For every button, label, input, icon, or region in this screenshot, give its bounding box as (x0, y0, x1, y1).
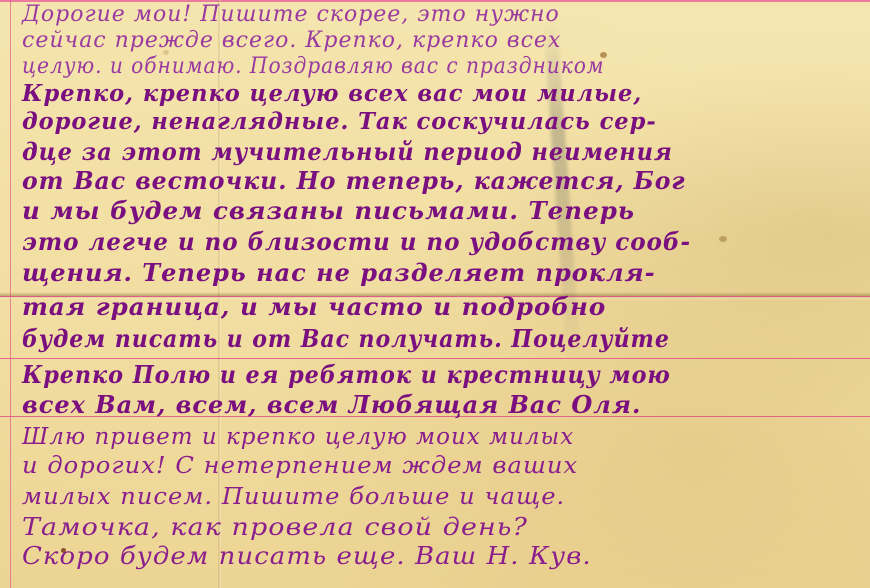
letter-line-11: тая граница, и мы часто и подробно (22, 292, 606, 321)
letter-line-3: целую. и обнимаю. Поздравляю вас с празд… (22, 54, 605, 79)
letter-line-15: Шлю привет и крепко целую моих милых (22, 424, 574, 450)
letter-line-5: дорогие, ненаглядные. Так соскучилась се… (22, 108, 657, 135)
letter-line-6: дце за этот мучительный период неимения (22, 137, 673, 166)
letter-line-14: всех Вам, всем, всем Любящая Вас Оля. (22, 390, 641, 419)
letter-line-10: щения. Теперь нас не разделяет прокля- (22, 258, 656, 287)
letter-line-8: и мы будем связаны письмами. Теперь (22, 196, 635, 225)
letter-line-9: это легче и по близости и по удобству со… (22, 227, 691, 256)
letter-line-13: Крепко Полю и ея ребяток и крестницу мою (22, 360, 671, 389)
letter-line-7: от Вас весточки. Но теперь, кажется, Бог (22, 166, 686, 195)
letter-line-18: Тамочка, как провела свой день? (22, 513, 528, 541)
letter-body: Дорогие мои! Пишите скорее, это нужно се… (0, 0, 870, 588)
letter-line-17: милых писем. Пишите больше и чаще. (22, 484, 565, 510)
letter-line-12: будем писать и от Вас получать. Поцелуйт… (22, 324, 670, 353)
letter-line-2: сейчас прежде всего. Крепко, крепко всех (22, 28, 561, 53)
letter-line-4: Крепко, крепко целую всех вас мои милые, (22, 80, 642, 107)
letter-line-16: и дорогих! С нетерпением ждем ваших (22, 453, 578, 479)
letter-line-1: Дорогие мои! Пишите скорее, это нужно (22, 2, 560, 27)
letter-page: Дорогие мои! Пишите скорее, это нужно се… (0, 0, 870, 588)
letter-line-19: Скоро будем писать еще. Ваш Н. Кув. (22, 542, 592, 570)
